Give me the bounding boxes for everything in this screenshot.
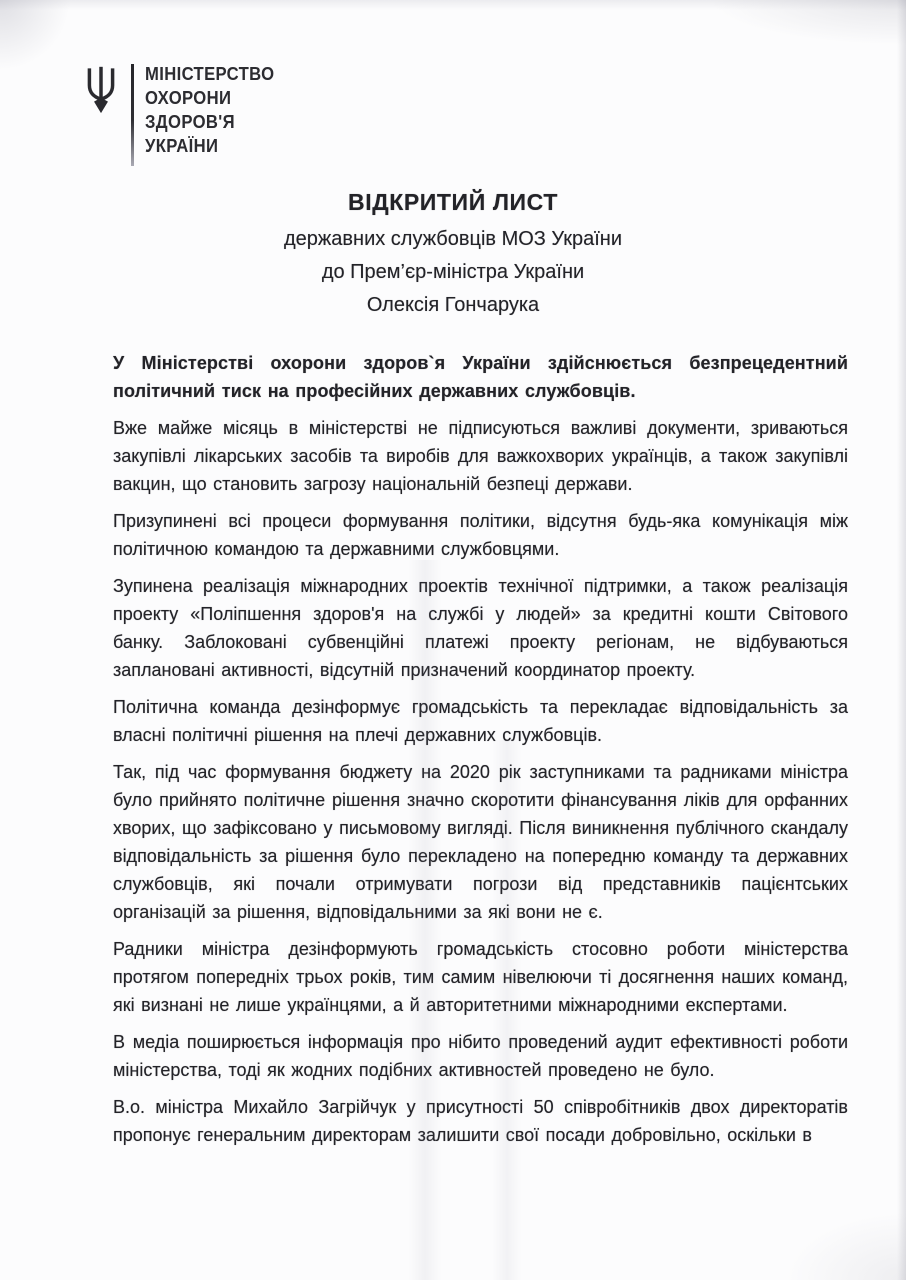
- ministry-name-line: УКРАЇНИ: [145, 134, 274, 158]
- letter-subtitle-line: державних службовців МОЗ України: [0, 223, 906, 256]
- letter-body: У Міністерстві охорони здоров`я України …: [113, 349, 848, 1149]
- paragraph-fake-audit: В медіа поширюється інформація про нібит…: [113, 1028, 848, 1084]
- ministry-name-line: ОХОРОНИ: [145, 86, 274, 110]
- letter-title: ВІДКРИТИЙ ЛИСТ: [0, 189, 906, 216]
- paragraph-advisers-disinform: Радники міністра дезінформують громадськ…: [113, 935, 848, 1019]
- paragraph-disinformation-blame: Політична команда дезінформує громадські…: [113, 693, 848, 749]
- paragraph-political-pressure: У Міністерстві охорони здоров`я України …: [113, 349, 848, 405]
- ministry-logo: МІНІСТЕРСТВО ОХОРОНИ ЗДОРОВ'Я УКРАЇНИ: [84, 58, 289, 166]
- ukraine-trident-icon: [84, 66, 118, 114]
- letter-heading: ВІДКРИТИЙ ЛИСТ державних службовців МОЗ …: [0, 189, 906, 322]
- letter-subtitle-line: Олексія Гончарука: [0, 289, 906, 322]
- paragraph-world-bank-projects: Зупинена реалізація міжнародних проектів…: [113, 572, 848, 684]
- ministry-name-line: ЗДОРОВ'Я: [145, 110, 274, 134]
- paragraph-suspended-policy: Призупинені всі процеси формування політ…: [113, 507, 848, 563]
- logo-divider: [131, 64, 134, 166]
- letter-subtitle-line: до Прем’єр-міністра України: [0, 256, 906, 289]
- ministry-name-line: МІНІСТЕРСТВО: [145, 62, 274, 86]
- ministry-name: МІНІСТЕРСТВО ОХОРОНИ ЗДОРОВ'Я УКРАЇНИ: [145, 62, 274, 158]
- scanned-letter-page: МІНІСТЕРСТВО ОХОРОНИ ЗДОРОВ'Я УКРАЇНИ ВІ…: [0, 0, 906, 1280]
- paragraph-acting-minister-pressure: В.о. міністра Михайло Загрійчук у присут…: [113, 1093, 848, 1149]
- paragraph-2020-budget-orphan-drugs: Так, під час формування бюджету на 2020 …: [113, 758, 848, 926]
- paragraph-blocked-procurement: Вже майже місяць в міністерстві не підпи…: [113, 414, 848, 498]
